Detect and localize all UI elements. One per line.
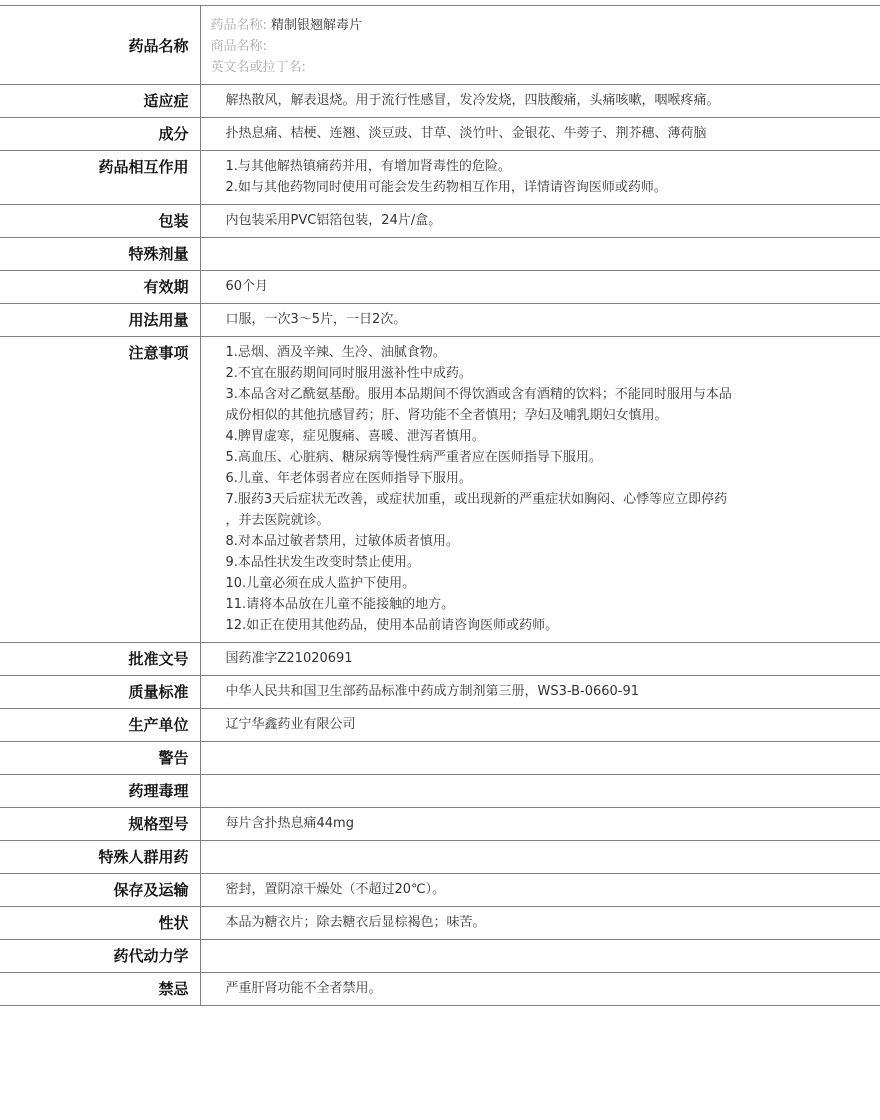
label-precautions: 注意事项 [0, 337, 200, 643]
precaution-line: 3.本品含对乙酰氨基酚。服用本品期间不得饮酒或含有酒精的饮料；不能同时服用与本品 [226, 384, 880, 405]
row-contraindications: 禁忌 严重肝肾功能不全者禁用。 [0, 973, 880, 1006]
value-special-population [200, 841, 880, 874]
value-special-dosage [200, 238, 880, 271]
precaution-line: ，并去医院就诊。 [226, 510, 880, 531]
label-usage: 用法用量 [0, 304, 200, 337]
label-drug-name: 药品名称 [0, 6, 200, 85]
value-specification: 每片含扑热息痛44mg [200, 808, 880, 841]
trade-name-key: 商品名称: [211, 39, 267, 54]
label-ingredients: 成分 [0, 118, 200, 151]
row-approval-no: 批准文号 国药准字Z21020691 [0, 643, 880, 676]
label-appearance: 性状 [0, 907, 200, 940]
row-packaging: 包装 内包装采用PVC铝箔包装，24片/盒。 [0, 205, 880, 238]
row-specification: 规格型号 每片含扑热息痛44mg [0, 808, 880, 841]
drug-info-table: 药品名称 药品名称: 精制银翘解毒片 商品名称: 英文名或拉丁名: 适应症 解热… [0, 5, 880, 1006]
label-storage: 保存及运输 [0, 874, 200, 907]
row-pharmacology: 药理毒理 [0, 775, 880, 808]
precaution-line: 10.儿童必须在成人监护下使用。 [226, 573, 880, 594]
label-special-population: 特殊人群用药 [0, 841, 200, 874]
row-precautions: 注意事项 1.忌烟、酒及辛辣、生冷、油腻食物。 2.不宜在服药期间同时服用滋补性… [0, 337, 880, 643]
value-pharmacokinetics [200, 940, 880, 973]
row-interactions: 药品相互作用 1.与其他解热镇痛药并用，有增加肾毒性的危险。 2.如与其他药物同… [0, 151, 880, 205]
row-validity: 有效期 60个月 [0, 271, 880, 304]
row-ingredients: 成分 扑热息痛、桔梗、连翘、淡豆豉、甘草、淡竹叶、金银花、牛蒡子、荆芥穗、薄荷脑 [0, 118, 880, 151]
label-specification: 规格型号 [0, 808, 200, 841]
drug-name-value: 精制银翘解毒片 [271, 18, 362, 33]
value-appearance: 本品为糖衣片；除去糖衣后显棕褐色；味苦。 [200, 907, 880, 940]
value-contraindications: 严重肝肾功能不全者禁用。 [200, 973, 880, 1006]
value-warning [200, 742, 880, 775]
value-pharmacology [200, 775, 880, 808]
drug-name-block: 药品名称: 精制银翘解毒片 商品名称: 英文名或拉丁名: [200, 6, 880, 85]
precaution-line: 4.脾胃虚寒，症见腹痛、喜暖、泄泻者慎用。 [226, 426, 880, 447]
precaution-line: 5.高血压、心脏病、糖尿病等慢性病严重者应在医师指导下服用。 [226, 447, 880, 468]
row-warning: 警告 [0, 742, 880, 775]
value-indications: 解热散风，解表退烧。用于流行性感冒，发冷发烧，四肢酸痛，头痛咳嗽，咽喉疼痛。 [200, 85, 880, 118]
value-validity: 60个月 [200, 271, 880, 304]
interaction-line: 1.与其他解热镇痛药并用，有增加肾毒性的危险。 [226, 156, 880, 177]
row-drug-name: 药品名称 药品名称: 精制银翘解毒片 商品名称: 英文名或拉丁名: [0, 6, 880, 85]
value-packaging: 内包装采用PVC铝箔包装，24片/盒。 [200, 205, 880, 238]
row-special-population: 特殊人群用药 [0, 841, 880, 874]
value-quality-standard: 中华人民共和国卫生部药品标准中药成方制剂第三册，WS3-B-0660-91 [200, 676, 880, 709]
precaution-line: 7.服药3天后症状无改善，或症状加重，或出现新的严重症状如胸闷、心悸等应立即停药 [226, 489, 880, 510]
label-contraindications: 禁忌 [0, 973, 200, 1006]
row-appearance: 性状 本品为糖衣片；除去糖衣后显棕褐色；味苦。 [0, 907, 880, 940]
value-manufacturer: 辽宁华鑫药业有限公司 [200, 709, 880, 742]
precaution-line: 1.忌烟、酒及辛辣、生冷、油腻食物。 [226, 342, 880, 363]
drug-name-key: 药品名称: [211, 18, 267, 33]
value-precautions: 1.忌烟、酒及辛辣、生冷、油腻食物。 2.不宜在服药期间同时服用滋补性中成药。 … [200, 337, 880, 643]
precaution-line: 6.儿童、年老体弱者应在医师指导下服用。 [226, 468, 880, 489]
label-quality-standard: 质量标准 [0, 676, 200, 709]
row-special-dosage: 特殊剂量 [0, 238, 880, 271]
label-pharmacokinetics: 药代动力学 [0, 940, 200, 973]
label-packaging: 包装 [0, 205, 200, 238]
label-validity: 有效期 [0, 271, 200, 304]
label-special-dosage: 特殊剂量 [0, 238, 200, 271]
precaution-line: 2.不宜在服药期间同时服用滋补性中成药。 [226, 363, 880, 384]
value-interactions: 1.与其他解热镇痛药并用，有增加肾毒性的危险。 2.如与其他药物同时使用可能会发… [200, 151, 880, 205]
row-usage: 用法用量 口服，一次3～5片，一日2次。 [0, 304, 880, 337]
row-manufacturer: 生产单位 辽宁华鑫药业有限公司 [0, 709, 880, 742]
precaution-line: 11.请将本品放在儿童不能接触的地方。 [226, 594, 880, 615]
label-indications: 适应症 [0, 85, 200, 118]
row-indications: 适应症 解热散风，解表退烧。用于流行性感冒，发冷发烧，四肢酸痛，头痛咳嗽，咽喉疼… [0, 85, 880, 118]
value-ingredients: 扑热息痛、桔梗、连翘、淡豆豉、甘草、淡竹叶、金银花、牛蒡子、荆芥穗、薄荷脑 [200, 118, 880, 151]
precaution-line: 12.如正在使用其他药品，使用本品前请咨询医师或药师。 [226, 615, 880, 636]
interaction-line: 2.如与其他药物同时使用可能会发生药物相互作用，详情请咨询医师或药师。 [226, 177, 880, 198]
precaution-line: 成份相似的其他抗感冒药；肝、肾功能不全者慎用；孕妇及哺乳期妇女慎用。 [226, 405, 880, 426]
label-manufacturer: 生产单位 [0, 709, 200, 742]
label-interactions: 药品相互作用 [0, 151, 200, 205]
row-storage: 保存及运输 密封，置阴凉干燥处（不超过20℃）。 [0, 874, 880, 907]
value-approval-no: 国药准字Z21020691 [200, 643, 880, 676]
value-storage: 密封，置阴凉干燥处（不超过20℃）。 [200, 874, 880, 907]
precaution-line: 9.本品性状发生改变时禁止使用。 [226, 552, 880, 573]
precaution-line: 8.对本品过敏者禁用，过敏体质者慎用。 [226, 531, 880, 552]
row-quality-standard: 质量标准 中华人民共和国卫生部药品标准中药成方制剂第三册，WS3-B-0660-… [0, 676, 880, 709]
label-pharmacology: 药理毒理 [0, 775, 200, 808]
label-approval-no: 批准文号 [0, 643, 200, 676]
label-warning: 警告 [0, 742, 200, 775]
value-usage: 口服，一次3～5片，一日2次。 [200, 304, 880, 337]
row-pharmacokinetics: 药代动力学 [0, 940, 880, 973]
english-name-key: 英文名或拉丁名: [211, 60, 306, 75]
